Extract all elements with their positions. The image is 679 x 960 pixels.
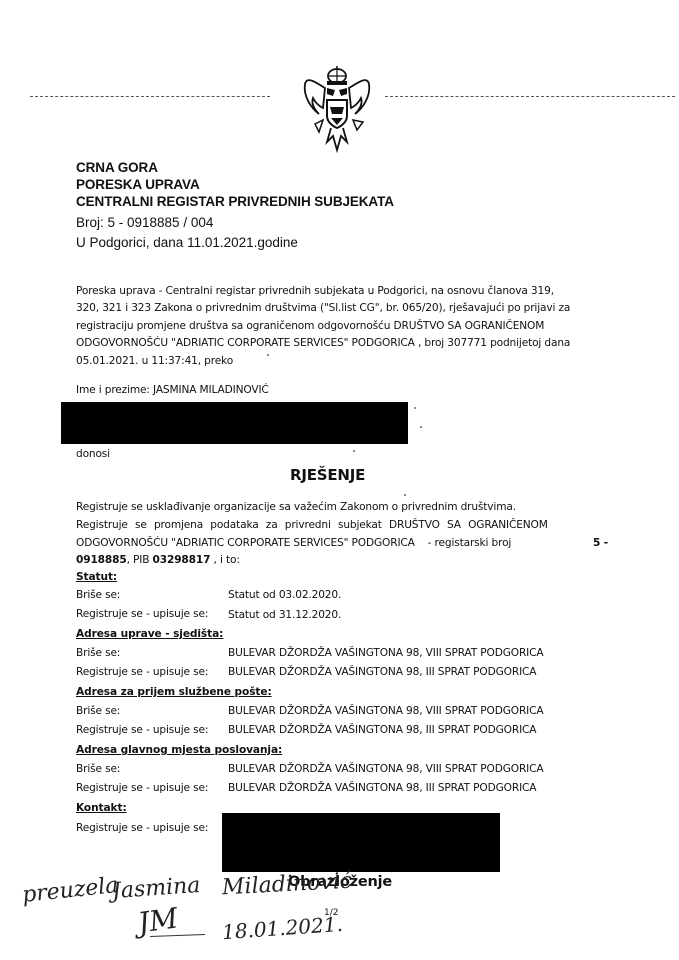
section-title-statut: Statut:	[76, 571, 117, 583]
handwritten-initials: JM	[136, 901, 180, 939]
row-label: Registruje se - upisuje se:	[76, 666, 208, 678]
row-value: Statut od 03.02.2020.	[228, 589, 341, 601]
row-label: Briše se:	[76, 705, 120, 717]
row-label: Registruje se - upisuje se:	[76, 822, 208, 834]
page-number: 1/2	[324, 908, 338, 918]
scan-speck	[420, 426, 422, 428]
redacted-block	[61, 402, 408, 444]
decision-paragraph: Registruje se usklađivanje organizacije …	[76, 499, 608, 570]
scan-speck	[353, 450, 355, 452]
section-title-adresa-uprave: Adresa uprave - sjedišta:	[76, 628, 223, 640]
header-rule-right	[385, 96, 675, 98]
row-value: BULEVAR DŽORDŽA VAŠINGTONA 98, VIII SPRA…	[228, 705, 544, 717]
header-authority: PORESKA UPRAVA	[76, 176, 200, 193]
intro-line: Poreska uprava - Centralni registar priv…	[76, 283, 608, 300]
row-label: Briše se:	[76, 763, 120, 775]
document-number: Broj: 5 - 0918885 / 004	[76, 213, 213, 233]
row-value: Statut od 31.12.2020.	[228, 609, 341, 621]
decision-line-4: 0918885, PIB 03298817 , i to:	[76, 552, 608, 569]
document-place-date: U Podgorici, dana 11.01.2021.godine	[76, 233, 298, 253]
donosi-label: donosi	[76, 446, 110, 463]
intro-line: 320, 321 i 323 Zakona o privrednim društ…	[76, 300, 608, 317]
row-label: Briše se:	[76, 589, 120, 601]
coat-of-arms-icon	[297, 62, 377, 154]
intro-line: ODGOVORNOŠĆU "ADRIATIC CORPORATE SERVICE…	[76, 335, 608, 352]
decision-line-3-text: ODGOVORNOŠĆU "ADRIATIC CORPORATE SERVICE…	[76, 535, 514, 552]
header-country: CRNA GORA	[76, 159, 158, 176]
redacted-contact	[222, 813, 500, 872]
registry-number: 0918885	[76, 554, 127, 566]
row-label: Briše se:	[76, 647, 120, 659]
decision-line-1: Registruje se usklađivanje organizacije …	[76, 499, 608, 516]
intro-line: 05.01.2021. u 11:37:41, preko	[76, 353, 608, 370]
row-value: BULEVAR DŽORDŽA VAŠINGTONA 98, III SPRAT…	[228, 782, 536, 794]
decision-line-2: Registruje se promjena podataka za privr…	[76, 517, 608, 534]
header-rule-left	[30, 96, 270, 98]
scan-speck	[267, 354, 269, 356]
row-label: Registruje se - upisuje se:	[76, 608, 208, 620]
pib-label: , PIB	[127, 554, 153, 566]
decision-line-4-tail: , i to:	[210, 554, 239, 566]
decision-line-3: ODGOVORNOŠĆU "ADRIATIC CORPORATE SERVICE…	[76, 535, 608, 552]
handwritten-note: Miladinović	[221, 869, 352, 901]
header-registry: CENTRALNI REGISTAR PRIVREDNIH SUBJEKATA	[76, 193, 394, 210]
row-value: BULEVAR DŽORDŽA VAŠINGTONA 98, VIII SPRA…	[228, 647, 544, 659]
scan-speck	[404, 494, 406, 496]
scan-speck	[414, 407, 416, 409]
section-title-kontakt: Kontakt:	[76, 802, 127, 814]
handwritten-note: preuzela	[21, 873, 120, 908]
section-title-adresa-poste: Adresa za prijem službene pošte:	[76, 686, 272, 698]
intro-line: registraciju promjene društva sa ogranič…	[76, 318, 608, 335]
row-value: BULEVAR DŽORDŽA VAŠINGTONA 98, III SPRAT…	[228, 666, 536, 678]
registry-number-prefix: 5 -	[593, 535, 608, 552]
row-value: BULEVAR DŽORDŽA VAŠINGTONA 98, III SPRAT…	[228, 724, 536, 736]
decision-title: RJEŠENJE	[290, 466, 365, 484]
intro-paragraph: Poreska uprava - Centralni registar priv…	[76, 283, 608, 370]
row-value: BULEVAR DŽORDŽA VAŠINGTONA 98, VIII SPRA…	[228, 763, 544, 775]
applicant-name: Ime i prezime: JASMINA MILADINOVIĆ	[76, 382, 269, 399]
section-title-adresa-poslovanja: Adresa glavnog mjesta poslovanja:	[76, 744, 282, 756]
pib-number: 03298817	[153, 554, 211, 566]
row-label: Registruje se - upisuje se:	[76, 724, 208, 736]
handwritten-note: Jasmina	[111, 873, 201, 904]
row-label: Registruje se - upisuje se:	[76, 782, 208, 794]
